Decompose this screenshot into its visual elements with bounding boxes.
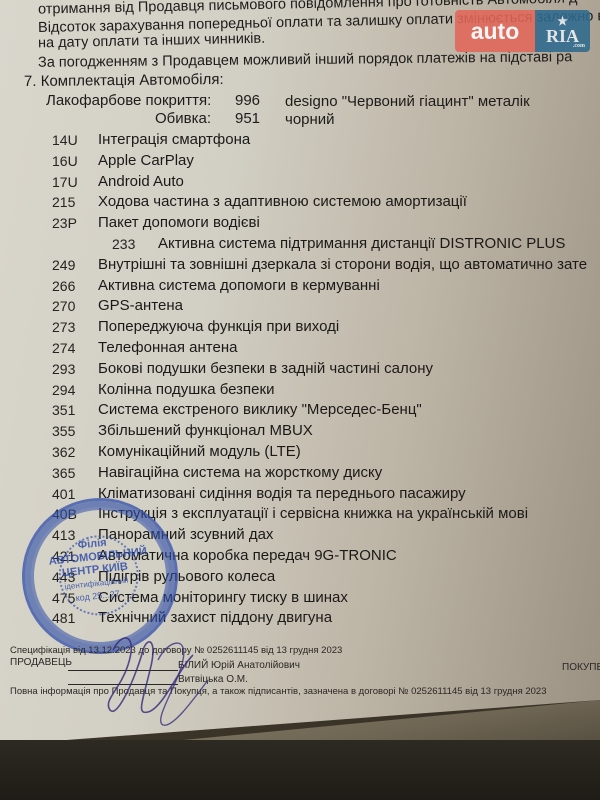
document-page: отримання від Продавця письмового повідо… (0, 0, 600, 760)
option-code: 16U (52, 153, 78, 169)
upholstery-code: 951 (235, 110, 260, 127)
option-code: 274 (52, 340, 75, 356)
option-name: Android Auto (98, 173, 184, 190)
watermark-ria: ★ RIA .com (535, 10, 590, 52)
option-name: Активна система допомоги в кермуванні (98, 277, 380, 294)
section-title: 7. Комплектація Автомобіля: (24, 71, 224, 90)
option-name: Інтеграція смартфона (98, 131, 250, 148)
option-code: 401 (52, 486, 75, 502)
signature (98, 630, 218, 740)
option-code: 14U (52, 132, 78, 148)
upholstery-value: чорний (285, 111, 335, 128)
option-name: Apple CarPlay (98, 152, 194, 169)
option-code: 23P (52, 215, 77, 231)
option-name: Телефонная антена (98, 339, 237, 356)
option-code: 215 (52, 194, 75, 210)
option-name: Інструкція з експлуатації і сервісна кни… (98, 505, 528, 522)
option-code: 351 (52, 402, 75, 418)
upholstery-label: Обивка: (155, 110, 211, 127)
option-name: Активна система підтримання дистанції DI… (158, 235, 565, 252)
option-name: Колінна подушка безпеки (98, 381, 274, 398)
seller-label: ПРОДАВЕЦЬ (10, 657, 72, 668)
option-name: Попереджуюча функція при виході (98, 318, 339, 335)
stamp-text: Філія АВТОМОБІЛЬНИЙ ЦЕНТР КИЇВ ідентифік… (47, 533, 143, 607)
option-name: Система екстреного виклику "Мерседес-Бен… (98, 401, 422, 418)
option-name: Ходова частина з адаптивною системою амо… (98, 193, 467, 210)
option-name: Навігаційна система на жорсткому диску (98, 464, 382, 481)
option-name: Бокові подушки безпеки в задній частині … (98, 360, 433, 377)
option-name: Комунікаційний модуль (LTE) (98, 443, 301, 460)
star-icon: ★ (557, 16, 568, 26)
option-name: Збільшений функціонал MBUX (98, 422, 313, 439)
option-name: Пакет допомоги водієві (98, 214, 260, 231)
autoria-watermark: auto ★ RIA .com (455, 10, 590, 52)
watermark-auto: auto (455, 10, 535, 52)
paint-value: designo "Червоний гіацинт" металік (285, 93, 530, 110)
option-code: 365 (52, 465, 75, 481)
option-code: 233 (112, 236, 135, 252)
option-code: 249 (52, 257, 75, 273)
option-code: 355 (52, 423, 75, 439)
option-code: 362 (52, 444, 75, 460)
option-code: 273 (52, 319, 75, 335)
option-name: Кліматизовані сидіння водія та передньог… (98, 485, 466, 502)
option-code: 266 (52, 278, 75, 294)
option-name: GPS-антена (98, 297, 183, 314)
intro-line-3: на дату оплати та інших чинників. (38, 31, 265, 52)
option-code: 270 (52, 298, 75, 314)
option-code: 293 (52, 361, 75, 377)
option-code: 17U (52, 174, 78, 190)
info-line: Повна інформація про Продавця та Покупця… (10, 686, 547, 697)
option-code: 294 (52, 382, 75, 398)
option-name: Внутрішні та зовнішні дзеркала зі сторон… (98, 256, 587, 273)
paint-code: 996 (235, 92, 260, 109)
buyer-label: ПОКУПЕ (562, 662, 600, 673)
paint-label: Лакофарбове покриття: (46, 92, 211, 109)
intro-line-4: За погодженням з Продавцем можливий інши… (38, 49, 572, 71)
background-surface (0, 740, 600, 800)
watermark-domain: .com (573, 43, 585, 49)
